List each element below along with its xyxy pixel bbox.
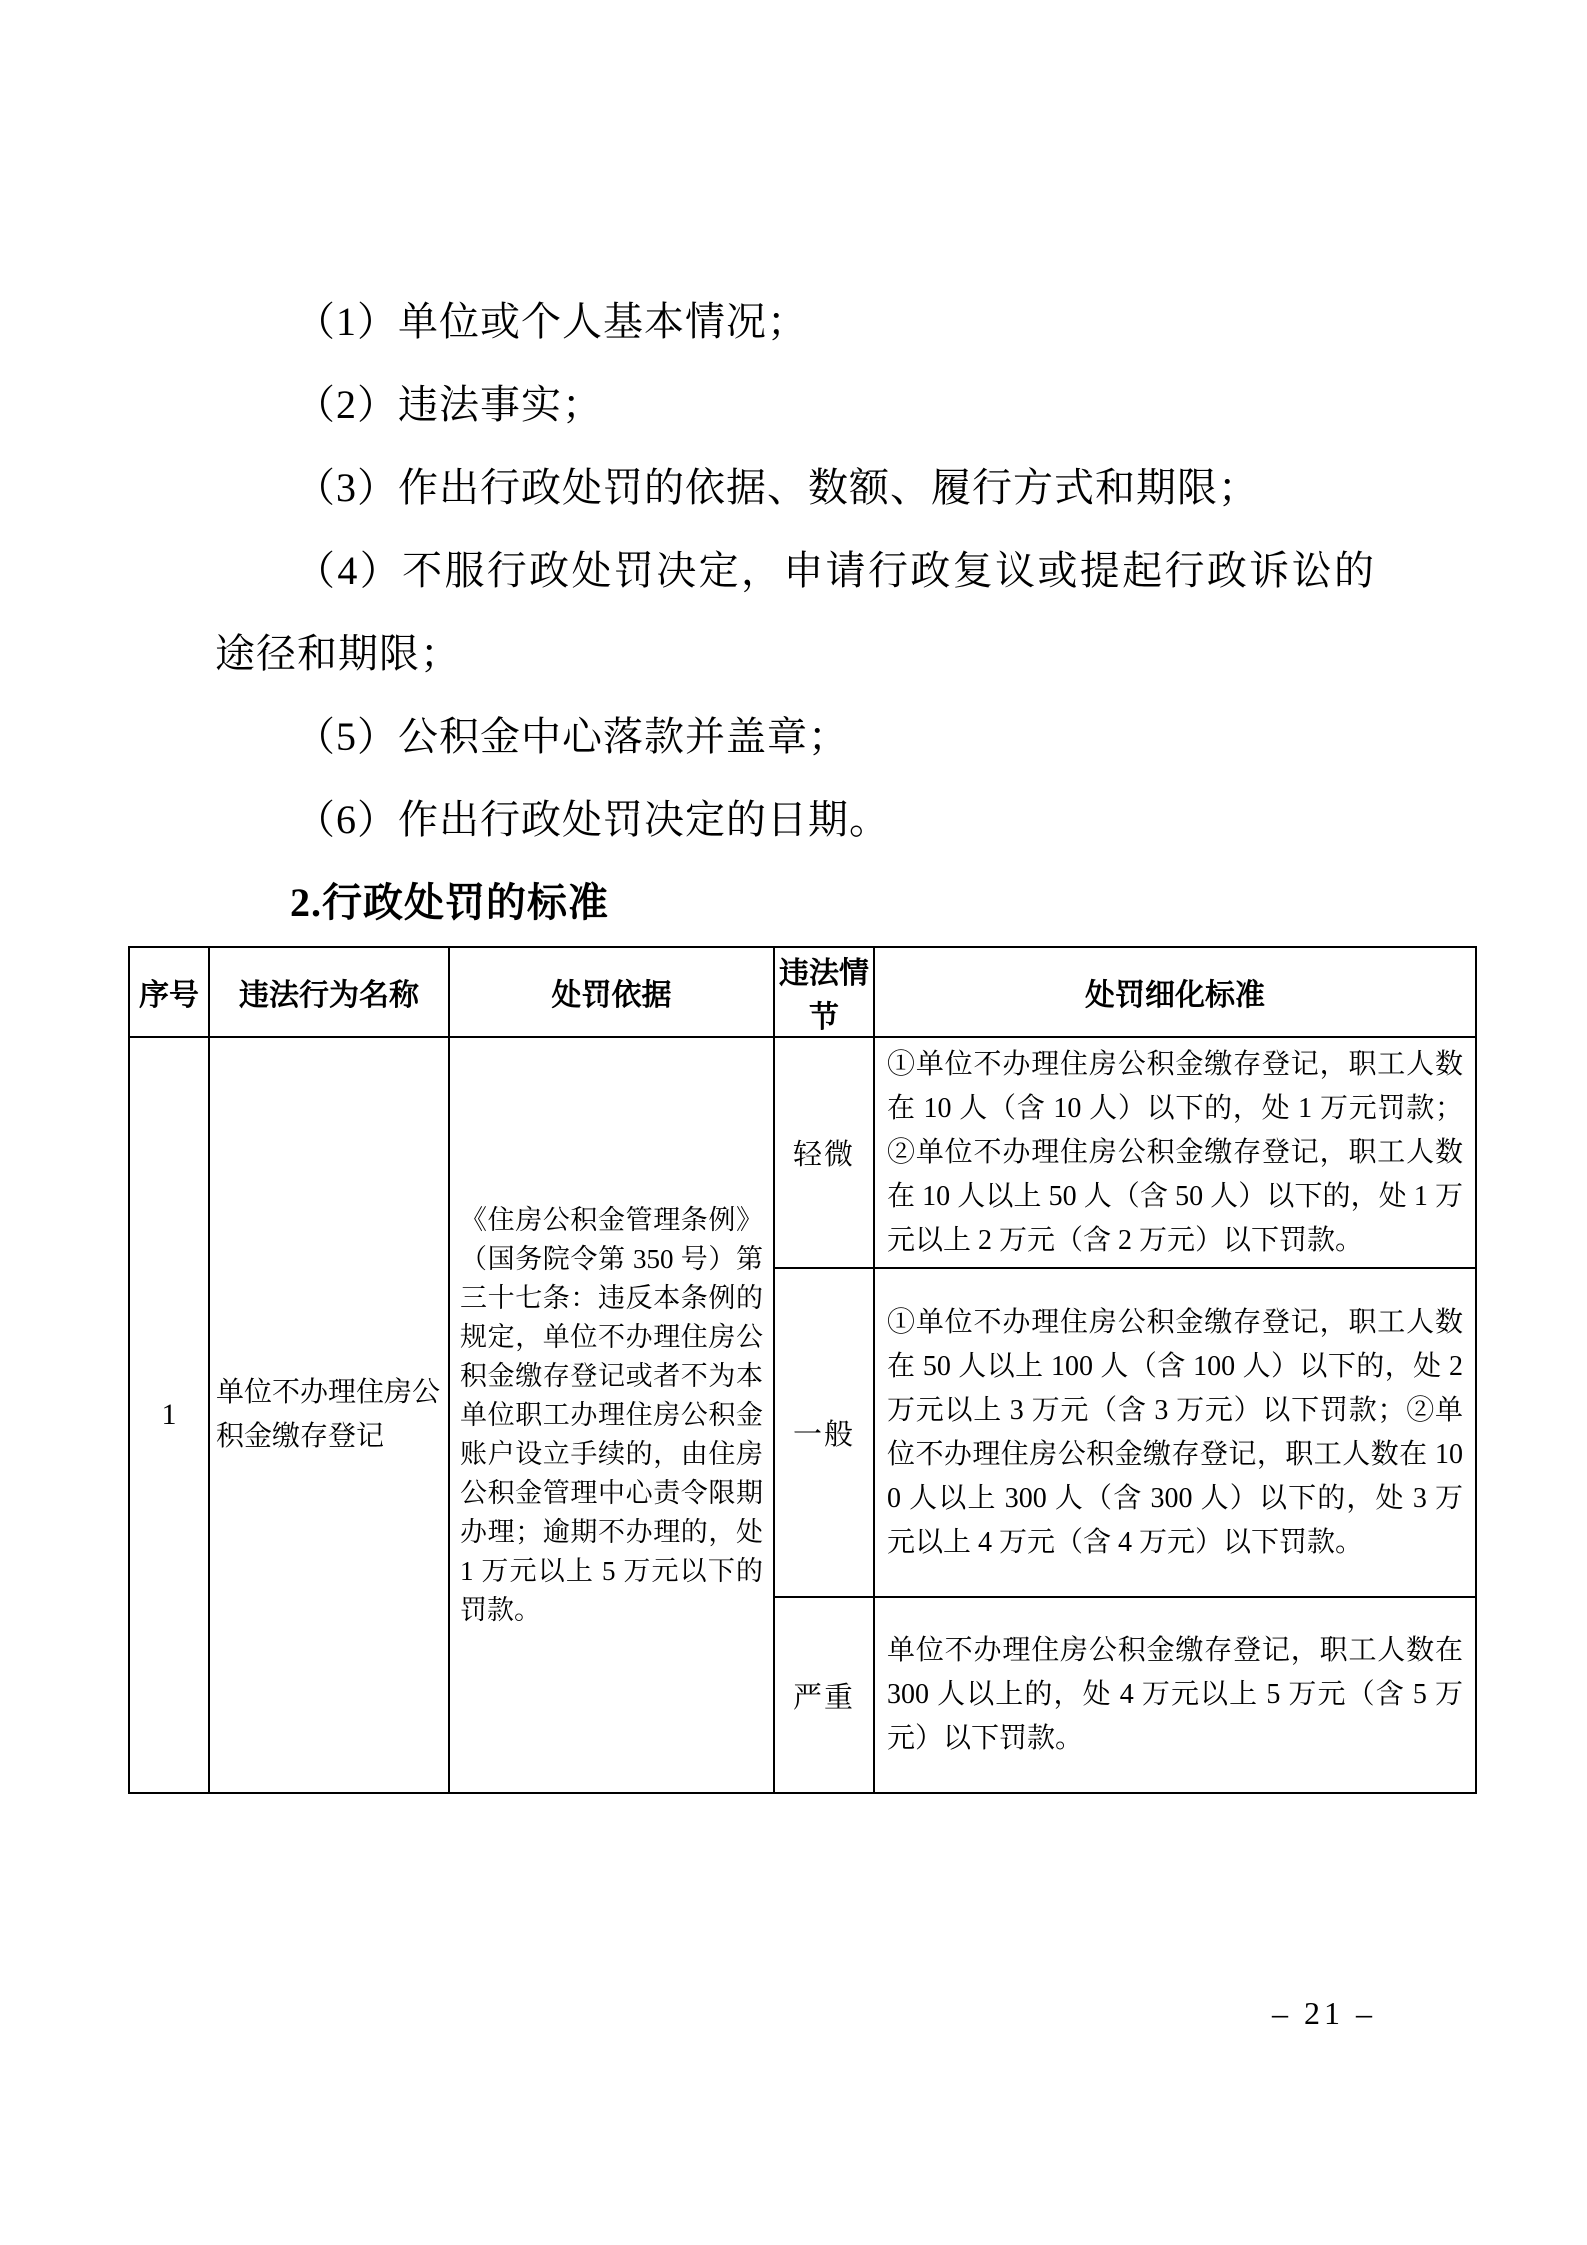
header-seq: 序号	[129, 947, 209, 1037]
list-item-3: （3）作出行政处罚的依据、数额、履行方式和期限；	[215, 446, 1375, 529]
cell-standard-minor: ①单位不办理住房公积金缴存登记，职工人数在 10 人（含 10 人）以下的，处 …	[874, 1037, 1476, 1268]
header-penalty-basis: 处罚依据	[449, 947, 774, 1037]
cell-penalty-basis: 《住房公积金管理条例》（国务院令第 350 号）第三十七条：违反本条例的规定，单…	[449, 1037, 774, 1793]
header-violation-name: 违法行为名称	[209, 947, 449, 1037]
penalty-standards-table: 序号 违法行为名称 处罚依据 违法情节 处罚细化标准 1 单位不办理住房公积金缴…	[128, 946, 1477, 1794]
list-item-5: （5）公积金中心落款并盖章；	[215, 695, 1375, 778]
cell-seq: 1	[129, 1037, 209, 1793]
document-page: （1）单位或个人基本情况； （2）违法事实； （3）作出行政处罚的依据、数额、履…	[0, 0, 1587, 2245]
page-number: – 21 –	[1272, 1995, 1376, 2032]
list-item-4: （4）不服行政处罚决定，申请行政复议或提起行政诉讼的途径和期限；	[215, 529, 1375, 695]
cell-standard-severe: 单位不办理住房公积金缴存登记，职工人数在 300 人以上的，处 4 万元以上 5…	[874, 1597, 1476, 1793]
header-violation-level: 违法情节	[774, 947, 874, 1037]
cell-level-severe: 严重	[774, 1597, 874, 1793]
cell-violation-name: 单位不办理住房公积金缴存登记	[209, 1037, 449, 1793]
cell-level-general: 一般	[774, 1268, 874, 1597]
list-item-2: （2）违法事实；	[215, 363, 1375, 446]
list-item-1: （1）单位或个人基本情况；	[215, 280, 1375, 363]
table-header-row: 序号 违法行为名称 处罚依据 违法情节 处罚细化标准	[129, 947, 1476, 1037]
list-item-6: （6）作出行政处罚决定的日期。	[215, 778, 1375, 861]
cell-level-minor: 轻微	[774, 1037, 874, 1268]
table-row: 1 单位不办理住房公积金缴存登记 《住房公积金管理条例》（国务院令第 350 号…	[129, 1037, 1476, 1268]
document-content: （1）单位或个人基本情况； （2）违法事实； （3）作出行政处罚的依据、数额、履…	[215, 280, 1375, 1794]
section-heading: 2.行政处罚的标准	[215, 861, 1375, 944]
header-penalty-standard: 处罚细化标准	[874, 947, 1476, 1037]
cell-standard-general: ①单位不办理住房公积金缴存登记，职工人数在 50 人以上 100 人（含 100…	[874, 1268, 1476, 1597]
